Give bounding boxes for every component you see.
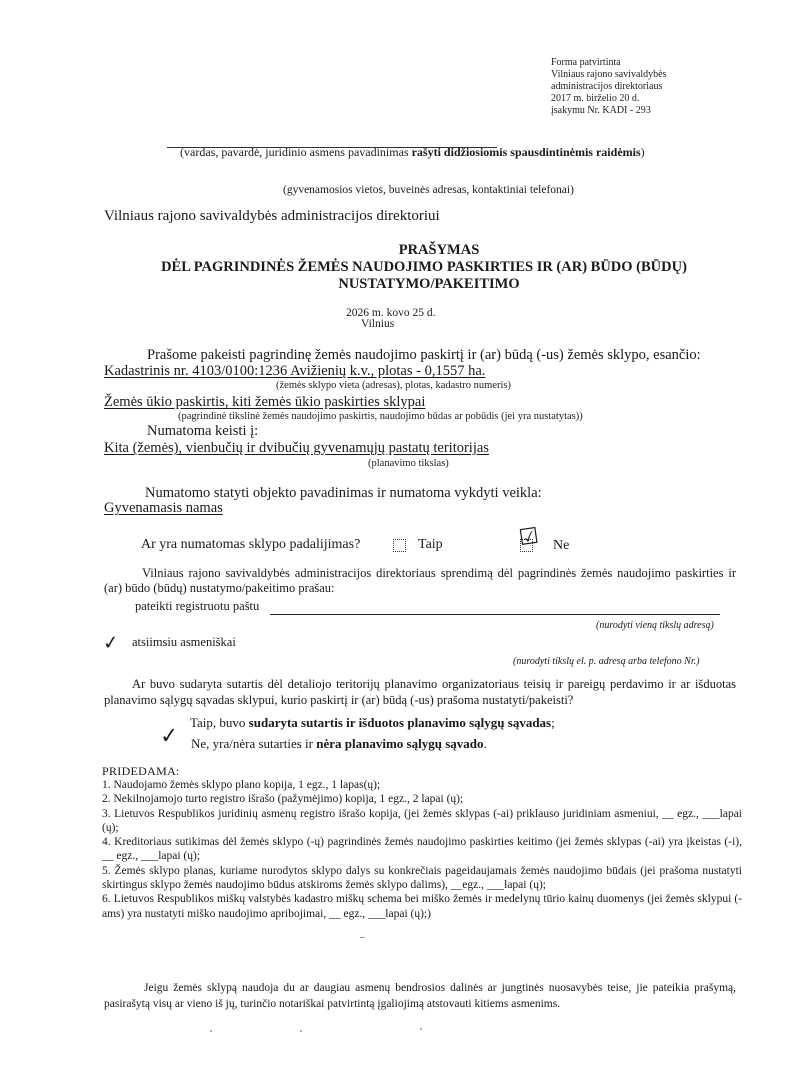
- change-target-field[interactable]: Kita (žemės), vienbučių ir dvibučių gyve…: [104, 440, 489, 457]
- list-item: 5. Žemės sklypo planas, kuriame nurodyto…: [102, 864, 742, 893]
- form-approval-note: Forma patvirtinta Vilniaus rajono saviva…: [551, 57, 741, 117]
- mail-address-field[interactable]: [270, 614, 720, 615]
- document-subtitle-line1: DĖL PAGRINDINĖS ŽEMĖS NAUDOJIMO PASKIRTI…: [0, 259, 788, 276]
- option-text: Ne, yra/nėra sutarties ir: [191, 736, 316, 751]
- hint-bold-text: rašyti didžiosiomis spausdintinėmis raid…: [412, 145, 641, 159]
- agreement-question: Ar buvo sudaryta sutartis dėl detaliojo …: [104, 676, 736, 708]
- approval-line: 2017 m. birželio 20 d.: [551, 93, 741, 105]
- current-purpose-field[interactable]: Žemės ūkio paskirtis, kiti žemės ūkio pa…: [104, 394, 425, 411]
- object-field[interactable]: Gyvenamasis namas: [104, 500, 223, 517]
- mail-address-hint: (nurodyti vieną tikslų adresą): [596, 620, 714, 631]
- contact-hint: (nurodyti tikslų el. p. adresą arba tele…: [513, 656, 699, 667]
- document-title: PRAŠYMAS: [0, 242, 788, 259]
- recipient: Vilniaus rajono savivaldybės administrac…: [104, 208, 440, 225]
- scan-speck: [420, 1028, 422, 1030]
- decision-delivery-text: Vilniaus rajono savivaldybės administrac…: [104, 566, 736, 596]
- scan-speck: [210, 1030, 212, 1032]
- scan-speck: [360, 937, 365, 938]
- hint-text: (vardas, pavardė, juridinio asmens pavad…: [180, 145, 412, 159]
- option-text: ;: [551, 715, 555, 730]
- mail-option-label: pateikti registruotu paštu: [135, 599, 259, 614]
- split-yes-label: Taip: [418, 537, 443, 553]
- list-item: 6. Lietuvos Respublikos miškų valstybės …: [102, 892, 742, 921]
- check-mark-icon[interactable]: ✓: [159, 723, 179, 749]
- attachments-list: 1. Naudojamo žemės sklypo plano kopija, …: [102, 778, 742, 921]
- split-yes-checkbox[interactable]: [393, 539, 406, 552]
- split-no-label: Ne: [553, 538, 569, 554]
- pickup-option-label: atsiimsiu asmeniškai: [132, 635, 236, 650]
- list-item: 2. Nekilnojamojo turto registro išrašo (…: [102, 792, 742, 806]
- current-purpose-hint: (pagrindinė tikslinė žemės naudojimo pas…: [178, 411, 583, 422]
- attachments-heading: PRIDEDAMA:: [102, 764, 180, 779]
- approval-line: Forma patvirtinta: [551, 57, 741, 69]
- list-item: 1. Naudojamo žemės sklypo plano kopija, …: [102, 778, 742, 792]
- option-text: .: [484, 736, 487, 751]
- document-city: Vilnius: [361, 318, 394, 330]
- agreement-yes-option[interactable]: Taip, buvo sudaryta sutartis ir išduotos…: [190, 715, 555, 731]
- list-item: 4. Kreditoriaus sutikimas dėl žemės skly…: [102, 835, 742, 864]
- document-subtitle-line2: NUSTATYMO/PAKEITIMO: [0, 276, 788, 293]
- agreement-no-option[interactable]: Ne, yra/nėra sutarties ir nėra planavimo…: [191, 736, 487, 752]
- check-mark-icon: ☑: [517, 524, 540, 552]
- approval-line: įsakymu Nr. KADI - 293: [551, 105, 741, 117]
- hint-text: ): [641, 145, 645, 159]
- applicant-name-hint: (vardas, pavardė, juridinio asmens pavad…: [180, 145, 645, 160]
- split-question-label: Ar yra numatomas sklypo padalijimas?: [141, 537, 360, 553]
- option-text: Taip, buvo: [190, 715, 249, 730]
- request-intro: Prašome pakeisti pagrindinę žemės naudoj…: [147, 347, 701, 364]
- scan-speck: [300, 1030, 302, 1032]
- applicant-address-hint: (gyvenamosios vietos, buveinės adresas, …: [283, 184, 574, 196]
- cadastre-field[interactable]: Kadastrinis nr. 4103/0100:1236 Avižienių…: [104, 363, 485, 380]
- approval-line: Vilniaus rajono savivaldybės: [551, 69, 741, 81]
- option-bold-text: nėra planavimo sąlygų sąvado: [316, 736, 483, 751]
- check-mark-icon[interactable]: ✓: [102, 631, 120, 655]
- approval-line: administracijos direktoriaus: [551, 81, 741, 93]
- option-bold-text: sudaryta sutartis ir išduotos planavimo …: [249, 715, 551, 730]
- list-item: 3. Lietuvos Respublikos juridinių asmenų…: [102, 807, 742, 836]
- change-label: Numatoma keisti į:: [147, 423, 258, 440]
- footer-note: Jeigu žemės sklypą naudoja du ar daugiau…: [104, 980, 736, 1012]
- change-target-hint: (planavimo tikslas): [368, 458, 449, 469]
- cadastre-hint: (žemės sklypo vieta (adresas), plotas, k…: [276, 380, 511, 391]
